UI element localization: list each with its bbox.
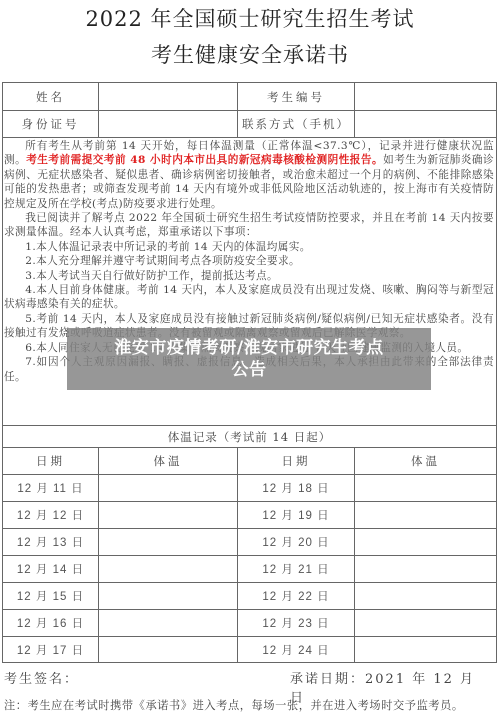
temperature-row-temp-right[interactable]	[355, 475, 496, 501]
temperature-row-temp-right[interactable]	[355, 610, 496, 636]
document-title-line2: 考生健康安全承诺书	[0, 39, 500, 69]
overlay-title-line2: 公告	[232, 359, 267, 381]
temperature-row-temp-right[interactable]	[355, 502, 496, 528]
temperature-row-date-left: 12 月 11 日	[3, 475, 98, 501]
header-date-left: 日期	[3, 448, 98, 474]
statement-para1-red: 考生考前需提交考前 48 小时内本市出具的新冠病毒核酸检测阴性报告。	[26, 154, 383, 166]
temperature-row-temp-left[interactable]	[99, 610, 237, 636]
temperature-row-date-left: 12 月 17 日	[3, 637, 98, 663]
temperature-row-temp-right[interactable]	[355, 637, 496, 663]
temperature-row-date-left: 12 月 14 日	[3, 556, 98, 582]
temperature-table-title: 体温记录（考试前 14 日起）	[3, 426, 496, 447]
temperature-row-temp-left[interactable]	[99, 475, 237, 501]
temperature-row-date-right: 12 月 24 日	[238, 637, 354, 663]
id-number-label: 身份证号	[3, 111, 98, 137]
header-temp-left: 体温	[99, 448, 237, 474]
contact-label: 联系方式（手机）	[238, 111, 354, 137]
temperature-row-date-right: 12 月 23 日	[238, 610, 354, 636]
temperature-row-temp-right[interactable]	[355, 556, 496, 582]
name-label: 姓名	[3, 83, 98, 110]
overlay-title-line1: 淮安市疫情考研/淮安市研究生考点	[114, 337, 383, 359]
statement-item-2: 2.本人充分理解并遵守考试期间考点各项防疫安全要求。	[4, 254, 494, 268]
headline-overlay[interactable]: 淮安市疫情考研/淮安市研究生考点 公告	[67, 328, 431, 390]
temperature-row-date-left: 12 月 15 日	[3, 583, 98, 609]
statement-para2: 我已阅读并了解考点 2022 年全国硕士研究生招生考试疫情防控要求，并且在考前 …	[4, 211, 494, 240]
name-field[interactable]	[99, 83, 237, 110]
document-title-line1: 2022 年全国硕士研究生招生考试	[0, 3, 500, 33]
temperature-row-date-right: 12 月 21 日	[238, 556, 354, 582]
id-number-field[interactable]	[99, 111, 237, 137]
temperature-row-date-right: 12 月 18 日	[238, 475, 354, 501]
exam-id-label: 考生编号	[238, 83, 354, 110]
header-temp-right: 体温	[355, 448, 496, 474]
footnote: 注：考生应在考试时携带《承诺书》进入考点，每场一张，并在进入考场时交予监考员。	[4, 697, 464, 713]
temperature-row-date-left: 12 月 12 日	[3, 502, 98, 528]
temperature-row-temp-left[interactable]	[99, 529, 237, 555]
temperature-row-temp-right[interactable]	[355, 583, 496, 609]
temperature-row-temp-left[interactable]	[99, 556, 237, 582]
contact-field[interactable]	[355, 111, 496, 137]
exam-id-field[interactable]	[355, 83, 496, 110]
temperature-row-temp-left[interactable]	[99, 583, 237, 609]
divider	[3, 137, 496, 138]
header-date-right: 日期	[238, 448, 354, 474]
statement-item-1: 1.本人体温记录表中所记录的考前 14 天内的体温均属实。	[4, 240, 494, 254]
temperature-row-temp-left[interactable]	[99, 637, 237, 663]
temperature-row-date-left: 12 月 16 日	[3, 610, 98, 636]
temperature-row-temp-right[interactable]	[355, 529, 496, 555]
temperature-row-date-left: 12 月 13 日	[3, 529, 98, 555]
temperature-row-date-right: 12 月 19 日	[238, 502, 354, 528]
temperature-row-temp-left[interactable]	[99, 502, 237, 528]
statement-item-4: 4.本人目前身体健康。考前 14 天内，本人及家庭成员没有出现过发烧、咳嗽、胸闷…	[4, 283, 494, 312]
temperature-row-date-right: 12 月 20 日	[238, 529, 354, 555]
temperature-row-date-right: 12 月 22 日	[238, 583, 354, 609]
signature-label: 考生签名：	[4, 668, 79, 687]
statement-item-3: 3.本人考试当天自行做好防护工作，提前抵达考点。	[4, 269, 494, 283]
